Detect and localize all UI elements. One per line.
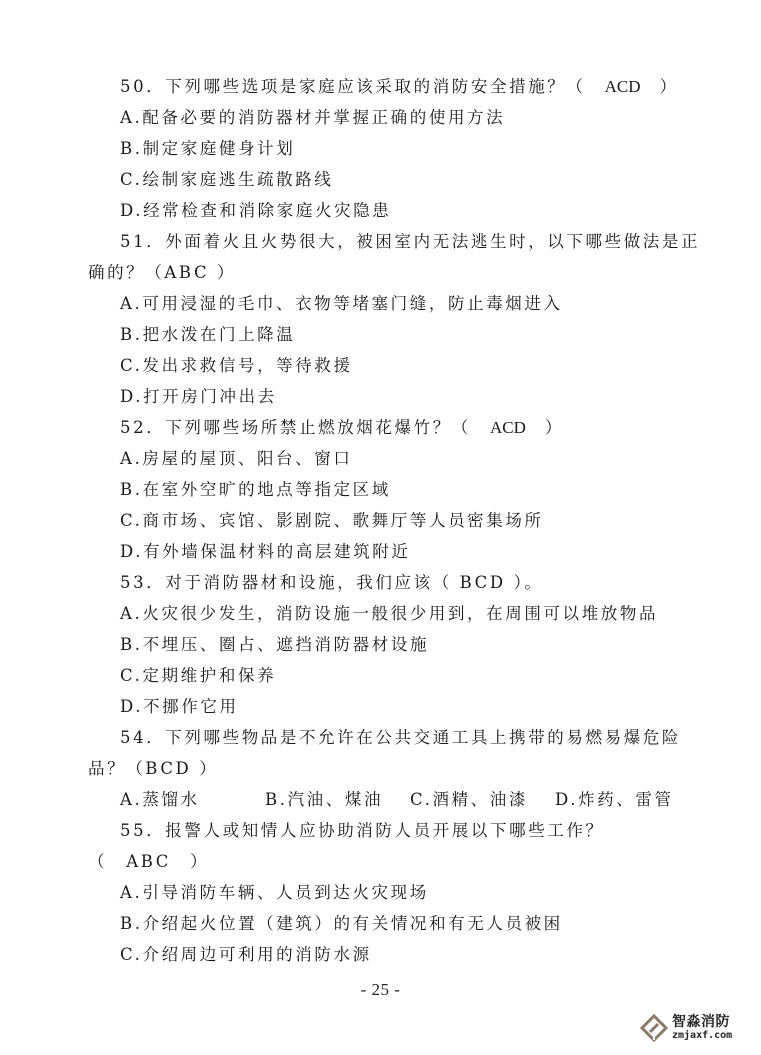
question-53-option-a: A.火灾很少发生，消防设施一般很少用到，在周围可以堆放物品	[120, 604, 658, 624]
question-text-tail: ）	[526, 418, 564, 437]
question-text: 52．下列哪些场所禁止燃放烟花爆竹？（	[120, 418, 490, 437]
question-55-stem: 55．报警人或知情人应协助消防人员开展以下哪些工作？	[120, 821, 605, 841]
question-text-tail: ）	[641, 77, 679, 96]
question-54-stem: 54．下列哪些物品是不允许在公共交通工具上携带的易燃易爆危险	[120, 728, 681, 748]
question-53-option-d: D.不挪作它用	[120, 697, 239, 717]
watermark-text: 智淼消防 zmjaxf.com	[672, 1015, 732, 1041]
page-number: - 25 -	[0, 980, 761, 1000]
question-54-option-c: C.酒精、油漆	[410, 790, 555, 810]
question-51-option-b: B.把水泼在门上降温	[120, 325, 295, 345]
question-55-option-c: C.介绍周边可利用的消防水源	[120, 945, 372, 965]
question-50-option-d: D.经常检查和消除家庭火灾隐患	[120, 201, 391, 221]
question-50-option-a: A.配备必要的消防器材并掌握正确的使用方法	[120, 108, 505, 128]
question-52-option-d: D.有外墙保温材料的高层建筑附近	[120, 542, 411, 562]
question-54-option-a: A.蒸馏水	[120, 790, 265, 810]
question-54-options-row: A.蒸馏水B.汽油、煤油C.酒精、油漆D.炸药、雷管	[120, 790, 674, 810]
question-52-stem: 52．下列哪些场所禁止燃放烟花爆竹？（ ACD ）	[120, 418, 564, 438]
question-55-option-a: A.引导消防车辆、人员到达火灾现场	[120, 883, 429, 903]
question-50-option-c: C.绘制家庭逃生疏散路线	[120, 170, 333, 190]
question-51-stem-continued: 确的？（ABC ）	[88, 263, 236, 283]
watermark: 智淼消防 zmjaxf.com	[640, 1014, 732, 1042]
answer-key: ACD	[605, 77, 641, 96]
question-53-option-b: B.不埋压、圈占、遮挡消防器材设施	[120, 635, 429, 655]
question-53-stem: 53．对于消防器材和设施，我们应该（ BCD ）。	[120, 573, 544, 593]
answer-key: ACD	[490, 418, 526, 437]
question-text: 50．下列哪些选项是家庭应该采取的消防安全措施？（	[120, 77, 605, 96]
question-52-option-a: A.房屋的屋顶、阳台、窗口	[120, 449, 352, 469]
document-page: 50．下列哪些选项是家庭应该采取的消防安全措施？（ ACD ） A.配备必要的消…	[0, 0, 761, 1055]
question-51-option-c: C.发出求救信号，等待救援	[120, 356, 353, 376]
question-55-stem-continued: （ ABC ）	[88, 852, 209, 872]
question-50-option-b: B.制定家庭健身计划	[120, 139, 295, 159]
question-55-option-b: B.介绍起火位置（建筑）的有关情况和有无人员被困	[120, 914, 563, 934]
brand-url: zmjaxf.com	[672, 1031, 732, 1041]
brand-name: 智淼消防	[672, 1015, 732, 1029]
question-51-stem: 51．外面着火且火势很大，被困室内无法逃生时，以下哪些做法是正	[120, 232, 700, 252]
question-50-stem: 50．下列哪些选项是家庭应该采取的消防安全措施？（ ACD ）	[120, 77, 679, 97]
question-54-stem-continued: 品？（BCD ）	[88, 759, 218, 779]
question-52-option-c: C.商市场、宾馆、影剧院、歌舞厅等人员密集场所	[120, 511, 544, 531]
question-51-option-d: D.打开房门冲出去	[120, 387, 277, 407]
question-53-option-c: C.定期维护和保养	[120, 666, 276, 686]
question-52-option-b: B.在室外空旷的地点等指定区域	[120, 480, 391, 500]
question-51-option-a: A.可用浸湿的毛巾、衣物等堵塞门缝，防止毒烟进入	[120, 294, 563, 314]
question-54-option-d: D.炸药、雷管	[555, 790, 674, 810]
question-54-option-b: B.汽油、煤油	[265, 790, 410, 810]
brand-logo-icon	[640, 1014, 668, 1042]
